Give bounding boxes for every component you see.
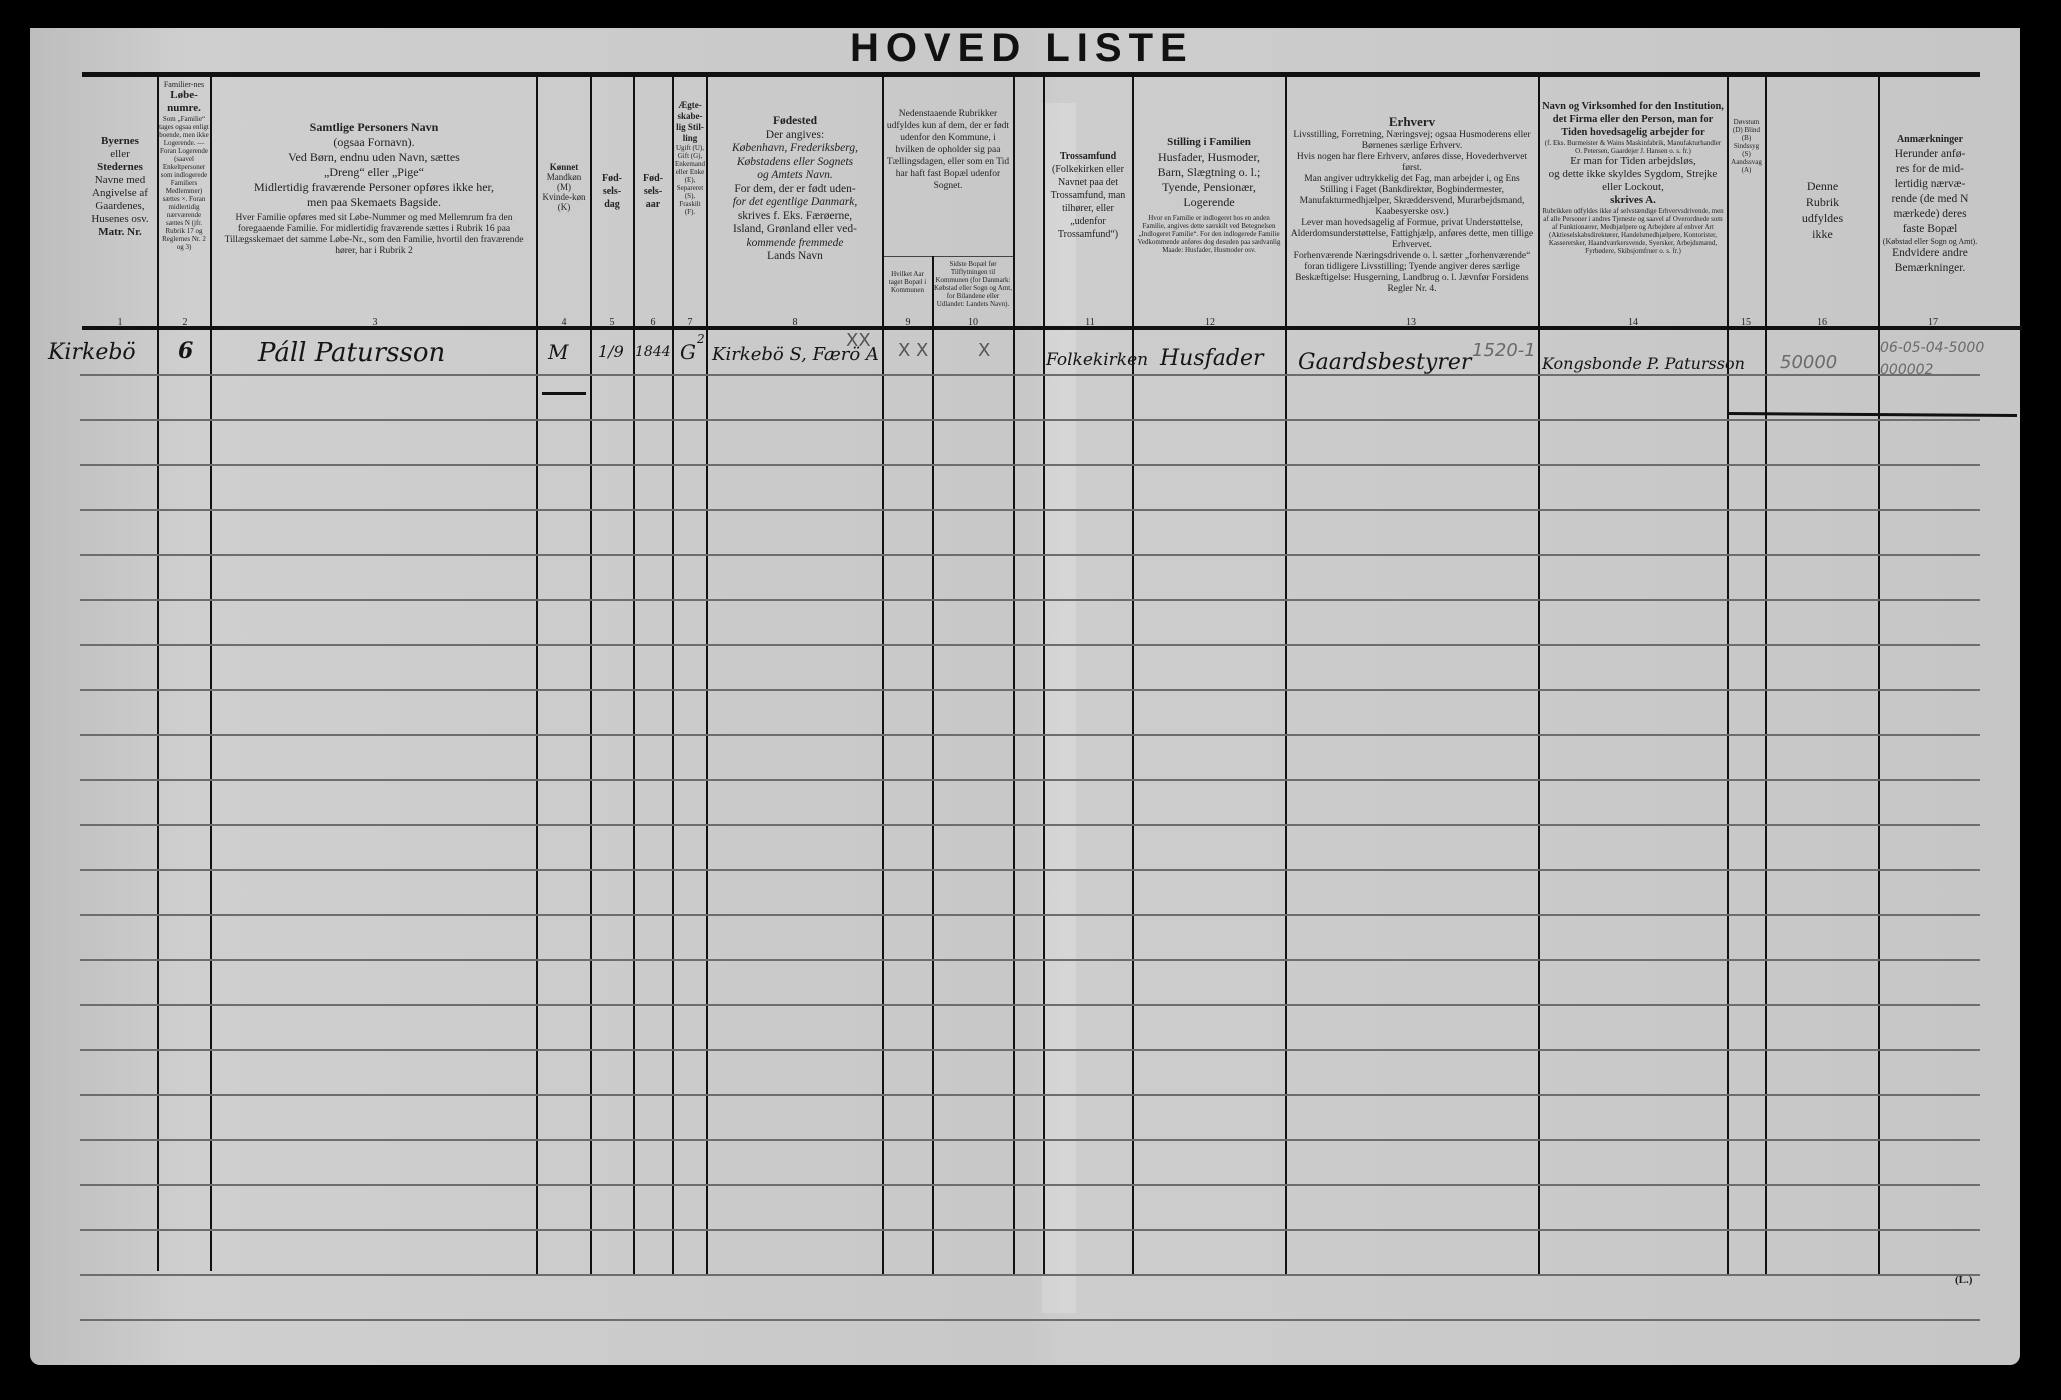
row-rule xyxy=(80,734,1980,736)
header-col-13: Erhverv Livsstilling, Forretning, Næring… xyxy=(1290,114,1534,295)
row-rule xyxy=(80,914,1980,916)
header-col-11: Trossamfund (Folkekirken eller Navnet pa… xyxy=(1046,150,1130,241)
entry-col9-marks: X X xyxy=(898,340,928,361)
entry-marital-mark: 2 xyxy=(697,332,705,346)
row-rule xyxy=(80,374,1980,376)
row-rule xyxy=(80,1004,1980,1006)
header-col-16: Denne Rubrik udfyldes ikke xyxy=(1770,178,1875,242)
header-col-1: Byernes eller Stedernes Navne med Angive… xyxy=(85,135,155,239)
col-divider xyxy=(1727,76,1729,1276)
col-divider xyxy=(1878,76,1880,1276)
row-rule xyxy=(80,1094,1980,1096)
header-group-9-10: Nedenstaaende Rubrikker udfyldes kun af … xyxy=(886,108,1010,192)
row-rule xyxy=(80,1139,1980,1141)
row-rule xyxy=(80,554,1980,556)
header-col-7: Ægte-skabe-lig Stil-ling Ugift (U), Gift… xyxy=(674,100,706,216)
header-top-rule xyxy=(82,72,1980,77)
entry-family-role: Husfader xyxy=(1160,346,1264,371)
col-divider xyxy=(1765,76,1767,1276)
col-number: 2 xyxy=(170,317,200,328)
col-divider xyxy=(1538,76,1540,1276)
col-divider xyxy=(1285,76,1287,1276)
col-divider xyxy=(1132,76,1134,1276)
header-col-9: Hvilket Aar taget Bopæl i Kommunen xyxy=(884,270,931,294)
group-subrule xyxy=(882,256,1013,257)
row-rule xyxy=(80,1274,1980,1276)
row-rule xyxy=(80,1184,1980,1186)
col-divider xyxy=(536,76,538,1276)
form-title: HOVED LISTE xyxy=(850,26,1194,71)
col-divider xyxy=(590,76,592,1276)
col-number: 8 xyxy=(780,317,810,328)
row-rule xyxy=(80,869,1980,871)
page-fold xyxy=(1042,103,1076,1313)
col-divider xyxy=(210,76,212,1271)
entry-religion: Folkekirken xyxy=(1046,350,1148,370)
col-divider xyxy=(706,76,708,1276)
col-number: 3 xyxy=(360,317,390,328)
header-col-8: Fødested Der angives: København, Frederi… xyxy=(712,115,878,264)
col-divider xyxy=(932,256,934,1276)
row-rule xyxy=(80,509,1980,511)
underline-mark xyxy=(542,392,586,395)
entry-marital: G xyxy=(680,340,696,364)
row-rule xyxy=(80,959,1980,961)
header-col-5: Fød-sels-dag xyxy=(596,172,628,211)
header-col-6: Fød-sels-aar xyxy=(638,172,668,211)
col-number: 16 xyxy=(1807,317,1837,328)
entry-col17-code: 06-05-04-5000 xyxy=(1880,340,1984,356)
col-number: 11 xyxy=(1075,317,1105,328)
entry-col10-mark: X xyxy=(978,340,990,361)
row-rule xyxy=(80,1049,1980,1051)
col-number: 1 xyxy=(105,317,135,328)
col-number: 13 xyxy=(1396,317,1426,328)
header-col-2: Familier-nes Løbe-numre. Som „Familie“ t… xyxy=(159,80,209,251)
row-rule xyxy=(80,1319,1980,1321)
row-rule xyxy=(80,1229,1980,1231)
row-rule xyxy=(80,689,1980,691)
col-number: 4 xyxy=(549,317,579,328)
header-col-4: Kønnet Mandkøn (M) Kvinde-køn (K) xyxy=(538,162,590,212)
col-number: 7 xyxy=(675,317,705,328)
entry-birthplace-marks: XX xyxy=(846,330,871,351)
row-rule xyxy=(80,419,1980,421)
row-rule xyxy=(80,464,1980,466)
col-divider xyxy=(157,76,159,1271)
col-number: 14 xyxy=(1618,317,1648,328)
col-divider xyxy=(882,76,884,1276)
entry-occupation-code: 1520-1 xyxy=(1472,340,1536,361)
entry-employer: Kongsbonde P. Patursson xyxy=(1542,354,1745,373)
col-number: 10 xyxy=(958,317,988,328)
header-col-10: Sidste Bopæl før Tilflytningen til Kommu… xyxy=(934,260,1012,308)
col-number: 12 xyxy=(1195,317,1225,328)
entry-name: Páll Patursson xyxy=(258,338,445,368)
col-number: 6 xyxy=(638,317,668,328)
col-number: 17 xyxy=(1918,317,1948,328)
entry-col17-code2: 000002 xyxy=(1880,362,1933,378)
col-number: 5 xyxy=(597,317,627,328)
col-divider xyxy=(1013,76,1015,1276)
col-divider xyxy=(672,76,674,1276)
entry-birth-year: 1844 xyxy=(635,344,671,360)
header-col-12: Stilling i Familien Husfader, Husmoder, … xyxy=(1136,135,1282,254)
row-rule xyxy=(80,599,1980,601)
row-rule xyxy=(80,644,1980,646)
header-col-14: Navn og Virksomhed for den Institution, … xyxy=(1542,100,1724,255)
col-number: 15 xyxy=(1731,317,1761,328)
col-divider xyxy=(633,76,635,1276)
entry-place: Kirkebö xyxy=(48,340,136,365)
entry-family-no: 6 xyxy=(178,338,193,364)
entry-sex: M xyxy=(548,340,568,364)
header-col-17: Anmærkninger Herunder anfø- res for de m… xyxy=(1882,132,1978,276)
form-code: (L.) xyxy=(1955,1274,1972,1286)
entry-col16-code: 50000 xyxy=(1780,352,1837,373)
col-number: 9 xyxy=(893,317,923,328)
entry-birth-day: 1/9 xyxy=(598,342,624,361)
row-rule xyxy=(80,779,1980,781)
row-rule xyxy=(80,824,1980,826)
entry-occupation: Gaardsbestyrer xyxy=(1298,350,1471,375)
header-col-3: Samtlige Personers Navn (ogsaa Fornavn).… xyxy=(215,120,533,257)
header-col-15: Døvstum (D) Blind (B) Sindssyg (S) Aands… xyxy=(1729,118,1764,174)
col-divider xyxy=(1043,76,1045,1276)
